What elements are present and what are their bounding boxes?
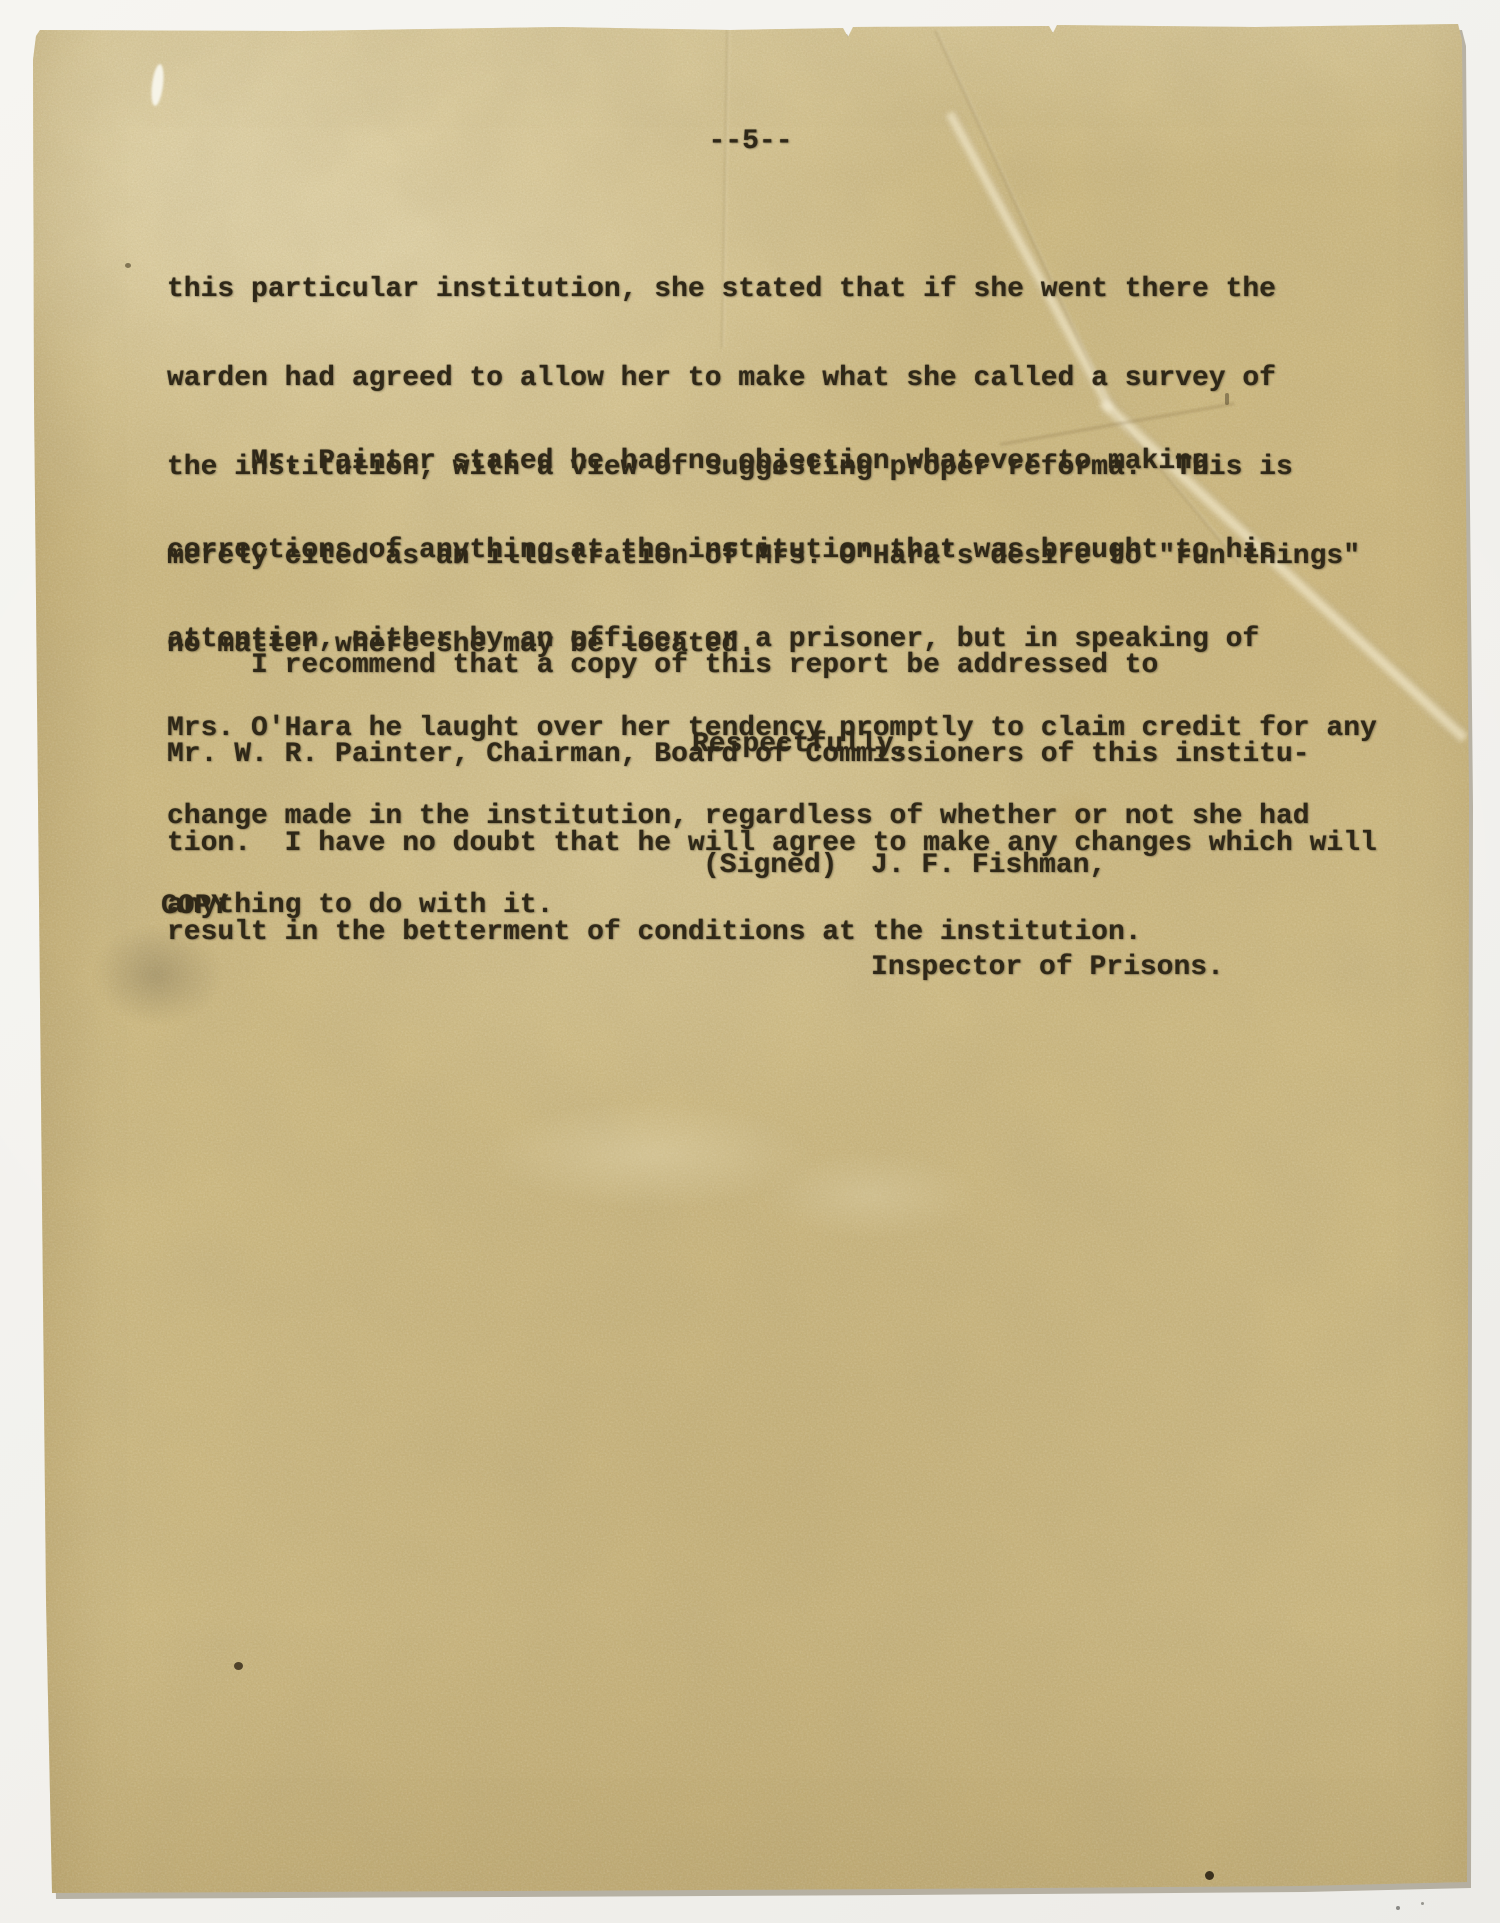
scanner-dust-speck — [1396, 1906, 1400, 1910]
typewritten-content: --5-- this particular institution, she s… — [0, 0, 1500, 1923]
text-line: corrections of anything at the instituti… — [167, 536, 1377, 566]
signature-block: (Signed) J. F. Fishman, Inspector of Pri… — [703, 781, 1224, 1053]
document-page: --5-- this particular institution, she s… — [0, 0, 1500, 1923]
text-line: this particular institution, she stated … — [167, 275, 1360, 305]
closing-salutation: Respectfully, — [692, 730, 910, 760]
page-number: --5-- — [33, 127, 1468, 157]
text-line: Mr. Painter stated he had no objection w… — [167, 447, 1377, 477]
signature-title: Inspector of Prisons. — [703, 951, 1224, 985]
scanner-background: --5-- this particular institution, she s… — [0, 0, 1500, 1923]
scanner-dust-speck — [1421, 1902, 1424, 1905]
copy-label: COPY — [161, 892, 228, 922]
text-line: I recommend that a copy of this report b… — [167, 651, 1377, 681]
signature-line: (Signed) J. F. Fishman, — [703, 849, 1224, 883]
